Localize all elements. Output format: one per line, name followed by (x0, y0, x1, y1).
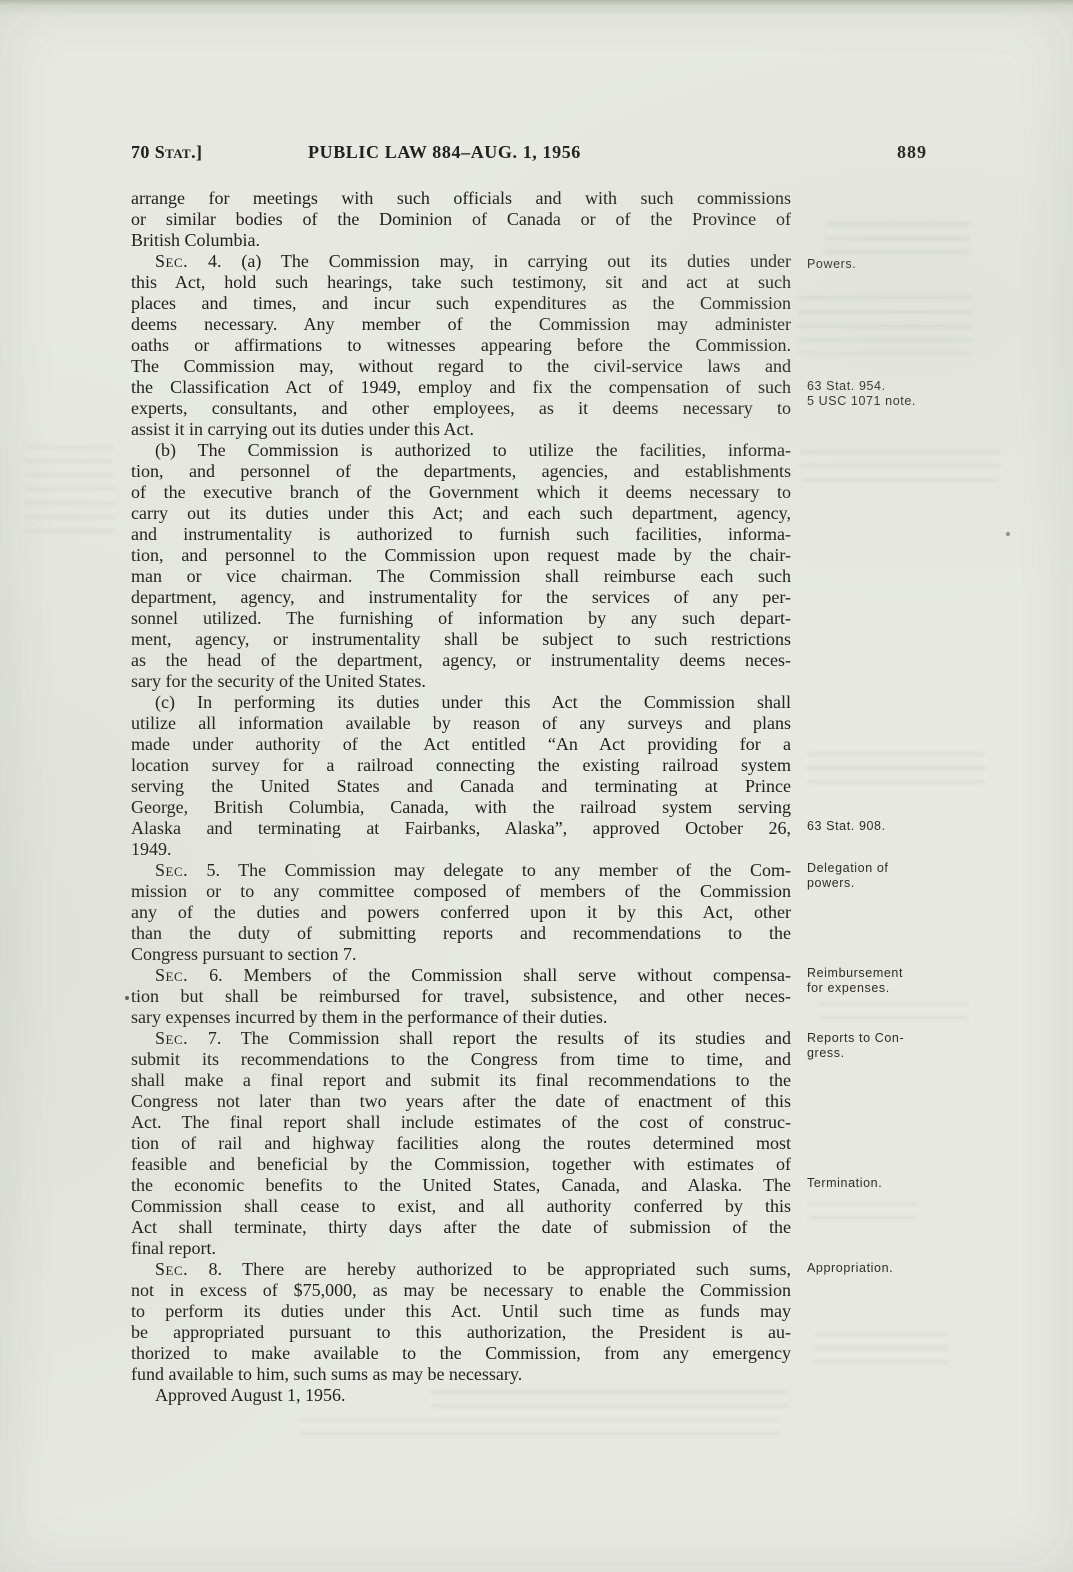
statute-page: 70 Stat.] PUBLIC LAW 884–AUG. 1, 1956 88… (0, 0, 1073, 1572)
text-line: The Commission may, without regard to th… (131, 356, 791, 377)
text-line: Congress pursuant to section 7. (131, 944, 791, 965)
text-line: tion, and personnel to the Commission up… (131, 545, 791, 566)
margin-note-termination: Termination. (807, 1176, 967, 1191)
bleedthrough-smudge (818, 1002, 968, 1026)
text-line: the economic benefits to the United Stat… (131, 1175, 791, 1196)
text-line: made under authority of the Act entitled… (131, 734, 791, 755)
text-line: Act shall terminate, thirty days after t… (131, 1217, 791, 1238)
text-line: location survey for a railroad connectin… (131, 755, 791, 776)
text-line: than the duty of submitting reports and … (131, 923, 791, 944)
text-line: department, agency, and instrumentality … (131, 587, 791, 608)
text-line: oaths or affirmations to witnesses appea… (131, 335, 791, 356)
text-line: not in excess of $75,000, as may be nece… (131, 1280, 791, 1301)
text-line: experts, consultants, and other employee… (131, 398, 791, 419)
text-line: 1949. (131, 839, 791, 860)
bleedthrough-smudge (24, 445, 114, 537)
text-line: to perform its duties under this Act. Un… (131, 1301, 791, 1322)
paragraph-sec5: Sec. 5. The Commission may delegate to a… (131, 860, 791, 965)
ink-speck (1006, 532, 1010, 536)
text-line: carry out its duties under this Act; and… (131, 503, 791, 524)
margin-note-63stat954: 63 Stat. 954. 5 USC 1071 note. (807, 379, 967, 409)
text-line: be appropriated pursuant to this authori… (131, 1322, 791, 1343)
bleedthrough-smudge (825, 222, 970, 256)
public-law-title: PUBLIC LAW 884–AUG. 1, 1956 (308, 142, 581, 163)
text-line: and instrumentality is authorized to fur… (131, 524, 791, 545)
text-line: places and times, and incur such expendi… (131, 293, 791, 314)
text-line: tion, and personnel of the departments, … (131, 461, 791, 482)
paragraph-continuation: arrange for meetings with such officials… (131, 188, 791, 251)
margin-note-63stat908: 63 Stat. 908. (807, 819, 967, 834)
bleedthrough-smudge (808, 1202, 918, 1224)
text-line: of the executive branch of the Governmen… (131, 482, 791, 503)
text-line: this Act, hold such hearings, take such … (131, 272, 791, 293)
text-line: or similar bodies of the Dominion of Can… (131, 209, 791, 230)
bleedthrough-smudge (800, 450, 1000, 484)
bleedthrough-smudge (814, 1332, 949, 1368)
text-line: arrange for meetings with such officials… (131, 188, 791, 209)
bleedthrough-smudge (798, 296, 973, 354)
paragraph-approved: Approved August 1, 1956. (131, 1385, 791, 1406)
text-line: mission or to any committee composed of … (131, 881, 791, 902)
margin-note-reimbursement: Reimbursement for expenses. (807, 966, 967, 996)
bleedthrough-smudge (300, 1418, 780, 1438)
margin-note-reports: Reports to Con- gress. (807, 1031, 967, 1061)
text-line: Sec. 8. There are hereby authorized to b… (131, 1259, 791, 1280)
text-line: fund available to him, such sums as may … (131, 1364, 791, 1385)
text-line: tion of rail and highway facilities alon… (131, 1133, 791, 1154)
text-line: British Columbia. (131, 230, 791, 251)
text-line: Sec. 7. The Commission shall report the … (131, 1028, 791, 1049)
text-line: Alaska and terminating at Fairbanks, Ala… (131, 818, 791, 839)
margin-note-powers: Powers. (807, 257, 967, 272)
text-line: deems necessary. Any member of the Commi… (131, 314, 791, 335)
text-line: feasible and beneficial by the Commissio… (131, 1154, 791, 1175)
page-header: 70 Stat.] PUBLIC LAW 884–AUG. 1, 1956 88… (0, 142, 1073, 166)
text-line: Approved August 1, 1956. (131, 1385, 791, 1406)
bleedthrough-smudge (806, 752, 986, 784)
paragraph-sec8: Sec. 8. There are hereby authorized to b… (131, 1259, 791, 1385)
margin-note-delegation: Delegation of powers. (807, 861, 967, 891)
text-line: sary for the security of the United Stat… (131, 671, 791, 692)
text-line: the Classification Act of 1949, employ a… (131, 377, 791, 398)
text-line: shall make a final report and submit its… (131, 1070, 791, 1091)
text-line: (c) In performing its duties under this … (131, 692, 791, 713)
text-line: utilize all information available by rea… (131, 713, 791, 734)
text-line: final report. (131, 1238, 791, 1259)
text-line: thorized to make available to the Commis… (131, 1343, 791, 1364)
text-line: assist it in carrying out its duties und… (131, 419, 791, 440)
text-line: Sec. 6. Members of the Commission shall … (131, 965, 791, 986)
ink-speck (125, 996, 129, 1000)
paragraph-sec7: Sec. 7. The Commission shall report the … (131, 1028, 791, 1259)
text-line: serving the United States and Canada and… (131, 776, 791, 797)
body-text-column: arrange for meetings with such officials… (131, 188, 791, 1406)
text-line: man or vice chairman. The Commission sha… (131, 566, 791, 587)
margin-note-appropriation: Appropriation. (807, 1261, 967, 1276)
text-line: as the head of the department, agency, o… (131, 650, 791, 671)
text-line: sonnel utilized. The furnishing of infor… (131, 608, 791, 629)
text-line: (b) The Commission is authorized to util… (131, 440, 791, 461)
paragraph-sec4a: Sec. 4. (a) The Commission may, in carry… (131, 251, 791, 440)
text-line: Sec. 4. (a) The Commission may, in carry… (131, 251, 791, 272)
text-line: Act. The final report shall include esti… (131, 1112, 791, 1133)
text-line: ment, agency, or instrumentality shall b… (131, 629, 791, 650)
paragraph-sec4b: (b) The Commission is authorized to util… (131, 440, 791, 692)
paragraph-sec4c: (c) In performing its duties under this … (131, 692, 791, 860)
text-line: any of the duties and powers conferred u… (131, 902, 791, 923)
text-line: Sec. 5. The Commission may delegate to a… (131, 860, 791, 881)
text-line: Congress not later than two years after … (131, 1091, 791, 1112)
paragraph-sec6: Sec. 6. Members of the Commission shall … (131, 965, 791, 1028)
text-line: Commission shall cease to exist, and all… (131, 1196, 791, 1217)
text-line: sary expenses incurred by them in the pe… (131, 1007, 791, 1028)
text-line: tion but shall be reimbursed for travel,… (131, 986, 791, 1007)
text-line: George, British Columbia, Canada, with t… (131, 797, 791, 818)
text-line: submit its recommendations to the Congre… (131, 1049, 791, 1070)
statutes-volume-label: 70 Stat.] (131, 142, 202, 163)
page-number: 889 (897, 142, 927, 163)
